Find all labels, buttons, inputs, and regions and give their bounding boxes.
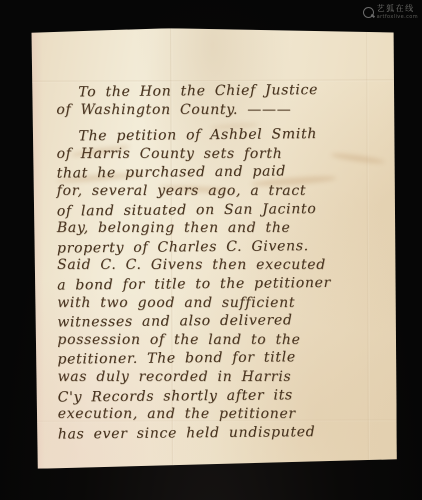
letter-line: To the Hon the Chief Justice <box>56 80 390 102</box>
letter-line: C'y Records shortly after its <box>58 385 392 407</box>
letter-line: a bond for title to the petitioner <box>57 273 391 295</box>
watermark-site-domain: artfoxlive.com <box>377 15 418 20</box>
letter-line: witnesses and also delivered <box>57 310 391 332</box>
letter-line: Said C. C. Givens then executed <box>57 256 391 275</box>
letter-line: that he purchased and paid <box>57 162 391 184</box>
letter-line: with two good and sufficient <box>57 293 391 312</box>
letter-line: was duly recorded in Harris <box>58 368 392 387</box>
letter-line: of land situated on San Jacinto <box>57 199 391 221</box>
magnifier-circle-icon <box>363 7 374 18</box>
letter-line: The petition of Ashbel Smith <box>56 125 390 147</box>
letter-line: execution, and the petitioner <box>58 405 392 424</box>
letter-line: possession of the land to the <box>57 331 391 350</box>
site-watermark: 艺狐在线 artfoxlive.com <box>363 5 418 23</box>
letter-line: Bay, belonging then and the <box>57 219 391 238</box>
letter-line: for, several years ago, a tract <box>57 182 391 201</box>
letter-line: of Washington County. ——— <box>56 101 390 120</box>
auction-photo-letter: { "watermark": { "icon": "magnifier-circ… <box>0 0 422 500</box>
handwritten-text: To the Hon the Chief Justice of Washingt… <box>56 81 392 443</box>
letter-sheet: To the Hon the Chief Justice of Washingt… <box>30 27 397 469</box>
letter-line: property of Charles C. Givens. <box>57 236 391 258</box>
letter-line: petitioner. The bond for title <box>57 348 391 370</box>
letter-line: of Harris County sets forth <box>57 145 391 164</box>
watermark-site-name: 艺狐在线 <box>377 5 418 13</box>
letter-line: has ever since held undisputed <box>58 422 392 444</box>
